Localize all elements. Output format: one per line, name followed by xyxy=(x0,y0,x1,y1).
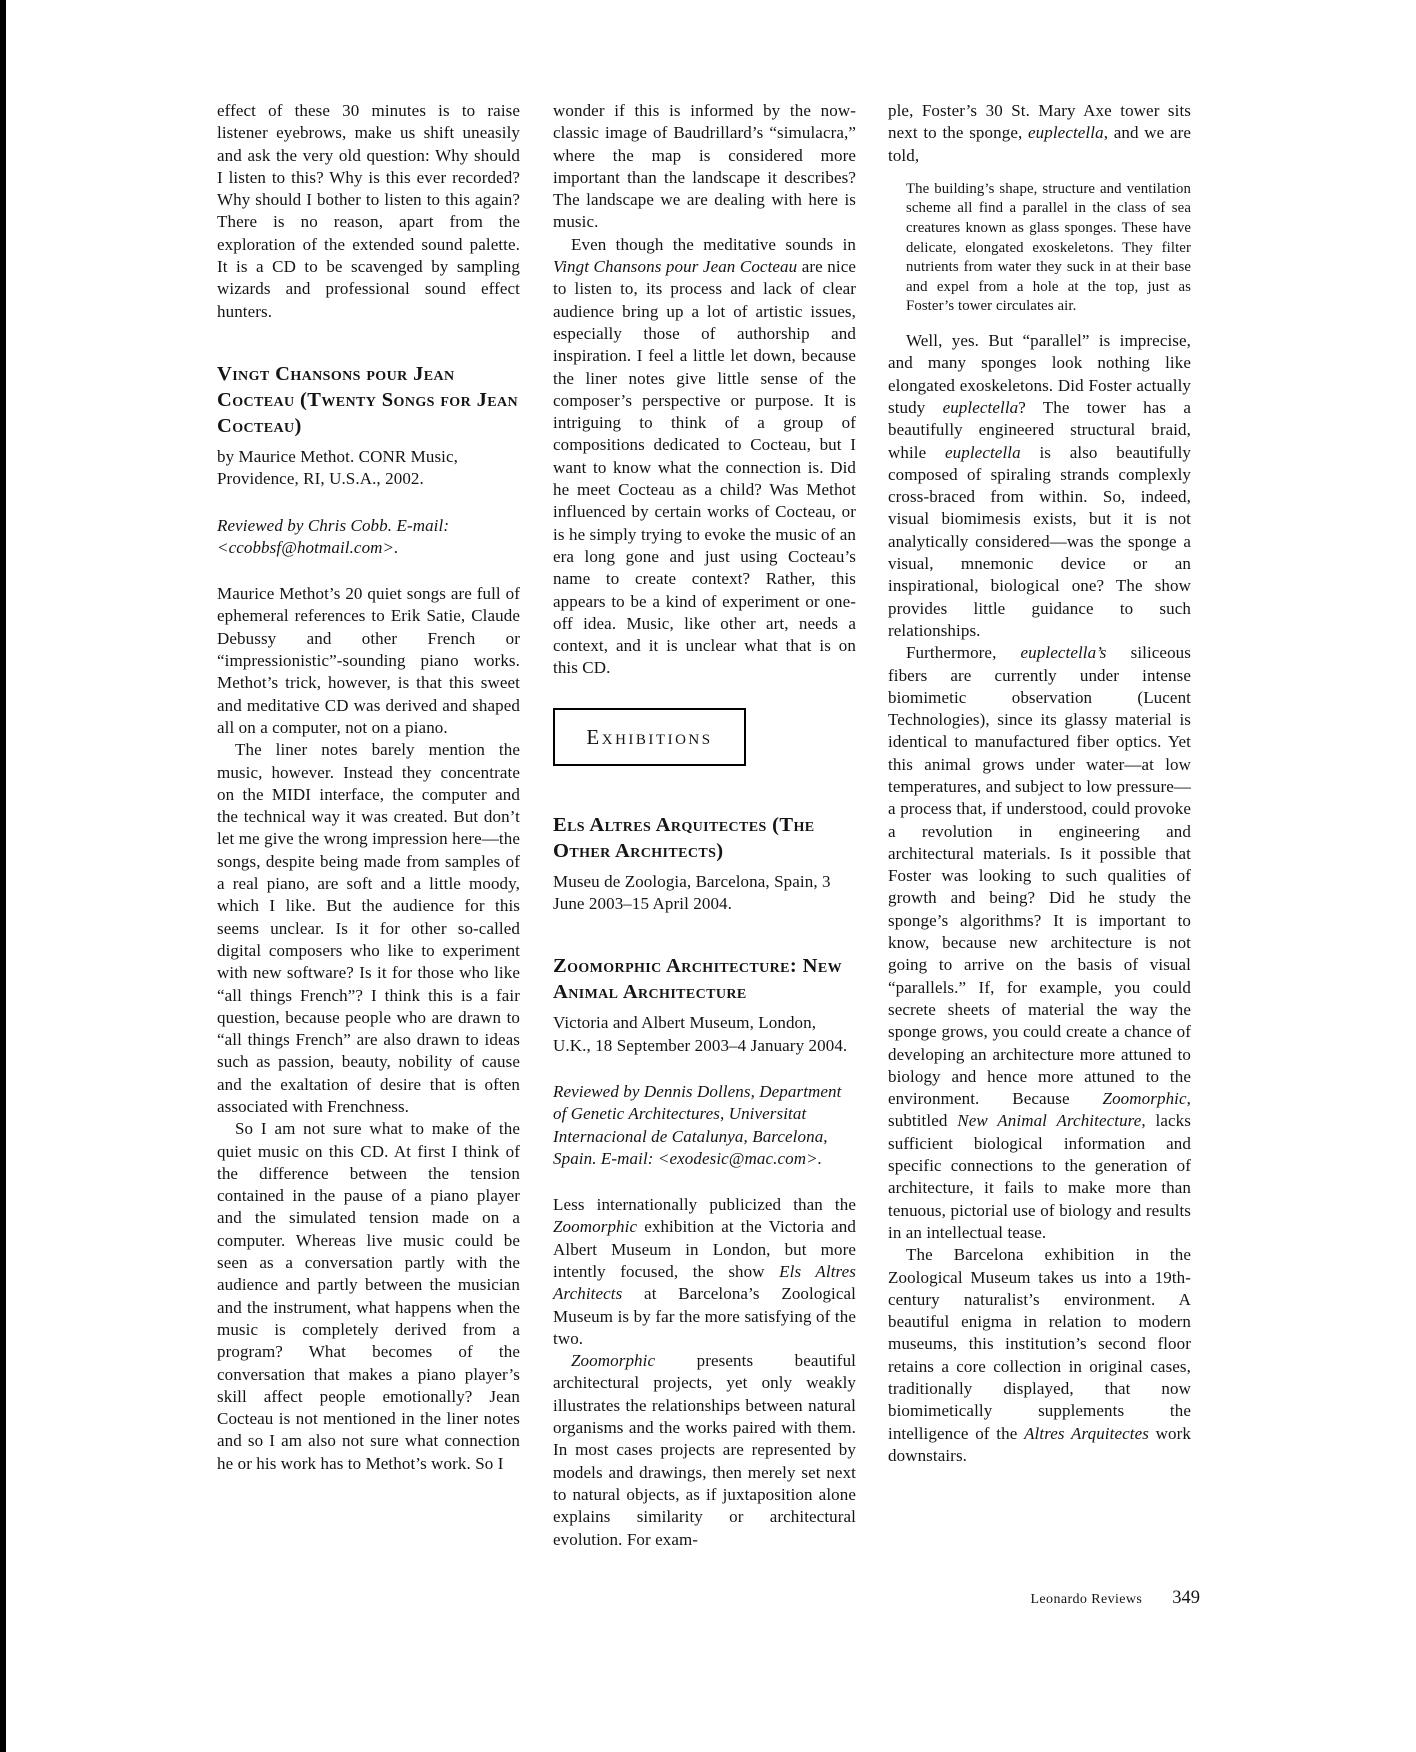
reviewer-credit: Reviewed by Chris Cobb. E-mail: <ccobbsf… xyxy=(217,515,520,560)
page-edge-bar xyxy=(0,0,6,1752)
paragraph: The Barcelona exhibition in the Zoologic… xyxy=(888,1244,1191,1467)
paragraph: effect of these 30 minutes is to raise l… xyxy=(217,100,520,323)
left-column: effect of these 30 minutes is to raise l… xyxy=(217,100,520,1475)
paragraph: Maurice Methot’s 20 quiet songs are full… xyxy=(217,583,520,739)
review-title-els-altres: Els Altres Arquitectes (The Other Archit… xyxy=(553,812,856,864)
paragraph: Less internationally publicized than the… xyxy=(553,1194,856,1350)
paragraph: ple, Foster’s 30 St. Mary Axe tower sits… xyxy=(888,100,1191,167)
right-column: ple, Foster’s 30 St. Mary Axe tower sits… xyxy=(888,100,1191,1467)
paragraph: Even though the meditative sounds in Vin… xyxy=(553,234,856,680)
block-quote: The building’s shape, structure and vent… xyxy=(906,180,1191,317)
page-footer: Leonardo Reviews349 xyxy=(888,1588,1200,1609)
paragraph: Furthermore, euplectella’s siliceous fib… xyxy=(888,642,1191,1244)
exhibition-venue: Victoria and Albert Museum, London, U.K.… xyxy=(553,1012,856,1057)
middle-column: wonder if this is informed by the now-cl… xyxy=(553,100,856,1551)
exhibitions-section-box: Exhibitions xyxy=(553,708,746,766)
exhibition-venue: Museu de Zoologia, Barcelona, Spain, 3 J… xyxy=(553,871,856,916)
reviewer-credit: Reviewed by Dennis Dollens, Department o… xyxy=(553,1081,856,1170)
page-number: 349 xyxy=(1172,1588,1200,1608)
review-title-zoomorphic: Zoomorphic Architecture: New Animal Arch… xyxy=(553,953,856,1005)
paragraph: So I am not sure what to make of the qui… xyxy=(217,1118,520,1475)
review-title-vingt-chansons: Vingt Chansons pour Jean Cocteau (Twenty… xyxy=(217,361,520,439)
paragraph: wonder if this is informed by the now-cl… xyxy=(553,100,856,234)
section-label: Exhibitions xyxy=(586,726,712,748)
paragraph: Zoomorphic presents beautiful architectu… xyxy=(553,1350,856,1551)
paragraph: Well, yes. But “parallel” is imprecise, … xyxy=(888,330,1191,642)
review-publisher: by Maurice Methot. CONR Music, Providenc… xyxy=(217,446,520,491)
paragraph: The liner notes barely mention the music… xyxy=(217,739,520,1118)
journal-name: Leonardo Reviews xyxy=(1030,1592,1142,1607)
